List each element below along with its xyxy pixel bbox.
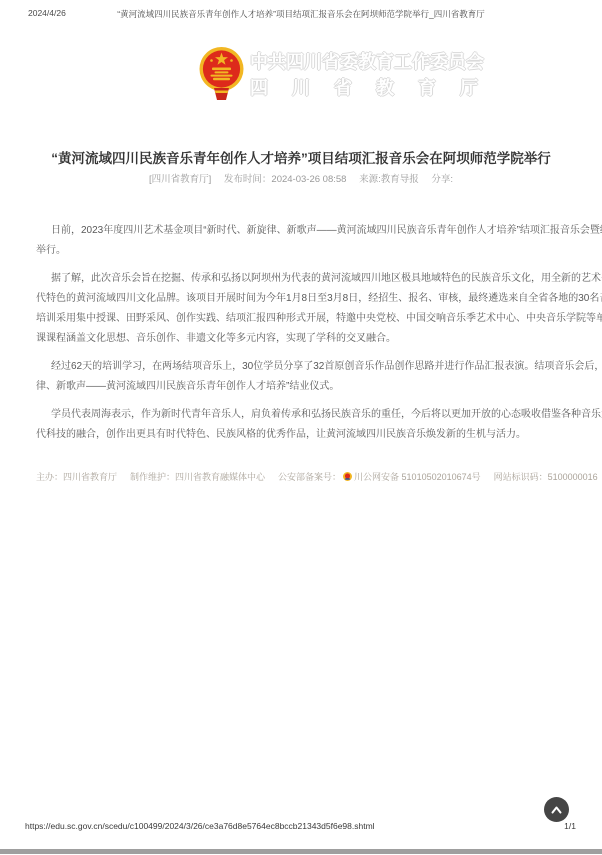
footer-host: 主办：四川省教育厅: [36, 470, 117, 483]
article-paragraph: 据了解，此次音乐会旨在挖掘、传承和弘扬以阿坝州为代表的黄河流域四川地区极具地域特…: [36, 269, 602, 349]
paragraph-line: 代特色的黄河流域四川文化品牌。该项目开展时间为今年1月8日至3月8日，经招生、报…: [36, 289, 602, 309]
print-preview-page: { "print_chrome": { "date": "2024/4/26",…: [0, 0, 602, 855]
police-badge-icon: [343, 472, 352, 481]
paragraph-line: 课课程涵盖文化思想、音乐创作、非遗文化等多元内容，实现了学科的交叉融合。: [36, 329, 602, 349]
footer-site-code: 网站标识码：5100000016: [494, 470, 598, 483]
article-meta: [四川省教育厅] 发布时间：2024-03-26 08:58 来源:教育导报 分…: [0, 171, 602, 185]
footer-psb-number: 川公网安备 51010502010674号: [354, 470, 481, 483]
article-title: “黄河流域四川民族音乐青年创作人才培养”项目结项汇报音乐会在阿坝师范学院举行: [20, 147, 582, 167]
article-paragraph: 经过62天的培训学习，在两场结项音乐上，30位学员分享了32首原创音乐作品创作思…: [36, 357, 602, 397]
masthead: 中共四川省委教育工作委员会 四川省教育厅: [199, 47, 602, 101]
paragraph-line: 代科技的融合，创作出更具有时代特色、民族风格的优秀作品，让黄河流域四川民族音乐焕…: [36, 425, 602, 445]
org-name-committee: 中共四川省委教育工作委员会: [250, 52, 484, 72]
site-footer: 主办：四川省教育厅 制作维护：四川省教育融媒体中心 公安部备案号： 川公网安备 …: [36, 470, 602, 483]
meta-source: 来源:教育导报: [359, 174, 419, 185]
meta-publish-time: 发布时间：2024-03-26 08:58: [224, 174, 347, 185]
horizontal-scrollbar[interactable]: [0, 849, 602, 854]
print-date: 2024/4/26: [28, 8, 66, 18]
paragraph-line: 律、新歌声——黄河流域四川民族音乐青年创作人才培养”结业仪式。: [36, 377, 602, 397]
paragraph-line: 经过62天的培训学习，在两场结项音乐上，30位学员分享了32首原创音乐作品创作思…: [36, 357, 602, 377]
footer-psb-record: 公安部备案号： 川公网安备 51010502010674号: [278, 470, 481, 483]
meta-department: [四川省教育厅]: [149, 174, 211, 185]
print-doc-title: “黄河流域四川民族音乐青年创作人才培养”项目结项汇报音乐会在阿坝师范学院举行_四…: [70, 8, 532, 20]
org-names: 中共四川省委教育工作委员会 四川省教育厅: [250, 47, 602, 101]
china-national-emblem-icon: [199, 47, 244, 100]
meta-share-label: 分享:: [431, 174, 453, 185]
print-footer: https://edu.sc.gov.cn/scedu/c100499/2024…: [0, 819, 602, 833]
footer-maintainer: 制作维护：四川省教育融媒体中心: [130, 470, 265, 483]
paragraph-line: 培训采用集中授课、田野采风、创作实践、结项汇报四种形式开展，特邀中央党校、中国交…: [36, 309, 602, 329]
chevron-up-icon: [551, 802, 562, 817]
print-page-indicator: 1/1: [564, 821, 576, 831]
paragraph-line: 学员代表周海表示，作为新时代青年音乐人，肩负着传承和弘扬民族音乐的重任，今后将以…: [36, 405, 602, 425]
article-paragraph: 学员代表周海表示，作为新时代青年音乐人，肩负着传承和弘扬民族音乐的重任，今后将以…: [36, 405, 602, 445]
article-paragraph: 日前，2023年度四川艺术基金项目“新时代、新旋律、新歌声——黄河流域四川民族音…: [36, 221, 602, 261]
paragraph-line: 据了解，此次音乐会旨在挖掘、传承和弘扬以阿坝州为代表的黄河流域四川地区极具地域特…: [36, 269, 602, 289]
article-body: 日前，2023年度四川艺术基金项目“新时代、新旋律、新歌声——黄河流域四川民族音…: [36, 221, 602, 453]
print-header: 2024/4/26 “黄河流域四川民族音乐青年创作人才培养”项目结项汇报音乐会在…: [0, 6, 602, 20]
paragraph-line: 日前，2023年度四川艺术基金项目“新时代、新旋律、新歌声——黄河流域四川民族音…: [36, 221, 602, 241]
paragraph-line: 举行。: [36, 241, 602, 261]
org-name-department: 四川省教育厅: [250, 78, 502, 98]
footer-psb-label: 公安部备案号：: [278, 470, 341, 483]
print-url: https://edu.sc.gov.cn/scedu/c100499/2024…: [25, 821, 375, 831]
